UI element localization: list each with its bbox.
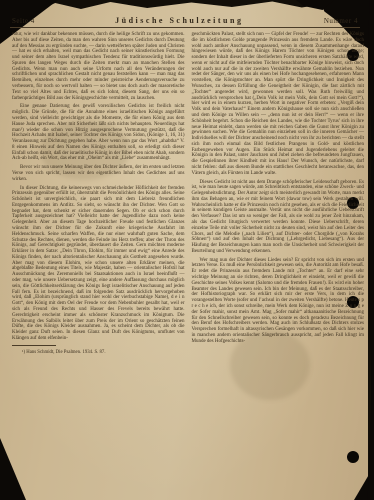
paragraph: Bevor wir nun unsere Meinung über den Di… xyxy=(12,165,185,182)
issue-number-label: Nummer 4 xyxy=(324,17,358,25)
left-column: ratur, wie wir dankbar bekennen müssen, … xyxy=(12,32,185,494)
paragraph: Eine genaue Datierung des gewiß vorexili… xyxy=(12,104,185,162)
paragraph: geschmückten Palast, stellt sich nun — G… xyxy=(192,32,365,177)
paper-edge-shadow xyxy=(367,0,374,500)
scanned-newspaper-page: { "page": { "page_label": "Seite 4", "ti… xyxy=(0,0,374,500)
footnote: ¹) Hans Schmidt, Die Psalmen. 1934. S. 8… xyxy=(12,350,185,356)
page-header: Seite 4 Jüdische Schulzeitung Nummer 4 xyxy=(12,16,358,25)
right-column: geschmückten Palast, stellt sich nun — G… xyxy=(192,32,365,494)
article-body: ratur, wie wir dankbar bekennen müssen, … xyxy=(12,32,364,494)
paragraph: Dieses Gedicht ist nicht aus dem Drange … xyxy=(192,180,365,255)
header-divider-rule xyxy=(10,27,360,28)
paragraph: Wer mag nun der Dichter dieses Liedes se… xyxy=(192,258,365,345)
newspaper-title: Jüdische Schulzeitung xyxy=(115,16,243,25)
paragraph: In dieser Dichtung, die keineswegs von s… xyxy=(12,186,185,342)
paragraph: ratur, wie wir dankbar bekennen müssen, … xyxy=(12,32,185,101)
page-number-label: Seite 4 xyxy=(12,17,35,25)
footnote-rule xyxy=(12,345,56,346)
